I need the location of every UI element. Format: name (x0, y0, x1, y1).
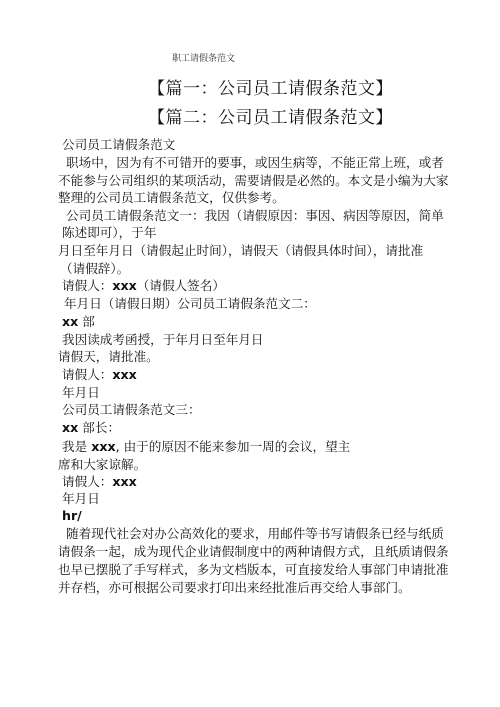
text-line: 我是 xxx, 由于的原因不能来参加一周的会议，望主 (62, 438, 350, 455)
text-line: 请假人：xxx (62, 366, 137, 383)
text-line: 席和大家谅解。 (58, 456, 146, 473)
section-title-2: 【篇二：公司员工请假条范文】 (148, 103, 393, 128)
text-segment: 部 (78, 314, 95, 329)
bold-text: xx (62, 420, 78, 435)
text-line: 并存档，亦可根据公司要求打印出来经批准后再交给人事部门。 (58, 579, 411, 596)
text-segment: （请假辞）。 (60, 261, 129, 276)
text-segment: 部长： (78, 420, 120, 435)
text-line: 月日至年月日（请假起止时间），请假天（请假具体时间），请批准 (58, 242, 423, 259)
text-line: 请假人：xxx（请假人签名） (62, 277, 225, 294)
text-line: 年月日（请假日期）公司员工请假条范文二： (64, 295, 316, 312)
text-segment: 陈述即可），于年 (62, 225, 156, 240)
text-line: 公司员工请假条范文三： (62, 401, 201, 418)
text-segment: 年月日 (62, 385, 100, 400)
text-line: 请假天，请批准。 (58, 348, 159, 365)
text-line: 请假条一起，成为现代企业请假制度中的两种请假方式，且纸质请假条 (58, 543, 448, 560)
text-segment: 请假人： (62, 367, 112, 382)
text-line: 整理的公司员工请假条范文，仅供参考。 (58, 189, 285, 206)
text-line: 也早已摆脱了手写样式，多为文档版本，可直接发给人事部门申请批准 (58, 561, 448, 578)
text-line: 请假人：xxx (62, 473, 137, 490)
text-line: 职场中，因为有不可错开的要事，或因生病等，不能正常上班，或者 (66, 154, 444, 171)
text-segment: 不能参与公司组织的某项活动，需要请假是必然的。本文是小编为大家 (58, 173, 448, 188)
text-line: 不能参与公司组织的某项活动，需要请假是必然的。本文是小编为大家 (58, 172, 448, 189)
text-segment: 公司员工请假条范文 (62, 137, 175, 152)
text-line: 随着现代社会对办公高效化的要求，用邮件等书写请假条已经与纸质 (66, 525, 444, 542)
text-line: 我因读成考函授，于年月日至年月日 (62, 331, 264, 348)
text-segment: 并存档，亦可根据公司要求打印出来经批准后再交给人事部门。 (58, 580, 411, 595)
bold-text: xxx (112, 474, 136, 489)
text-segment: 公司员工请假条范文三： (62, 402, 201, 417)
text-line: xx 部 (62, 313, 95, 330)
bold-text: xxx (112, 367, 136, 382)
text-segment: 月日至年月日（请假起止时间），请假天（请假具体时间），请批准 (58, 243, 423, 258)
text-segment: 请假人： (62, 278, 112, 293)
text-segment: （请假人签名） (137, 278, 225, 293)
text-segment: 职场中，因为有不可错开的要事，或因生病等，不能正常上班，或者 (66, 155, 444, 170)
text-segment: 也早已摆脱了手写样式，多为文档版本，可直接发给人事部门申请批准 (58, 562, 448, 577)
text-segment: 请假天，请批准。 (58, 349, 159, 364)
text-segment: 整理的公司员工请假条范文，仅供参考。 (58, 190, 285, 205)
section-title-1: 【篇一：公司员工请假条范文】 (148, 74, 393, 99)
text-segment: 年月日 (62, 491, 100, 506)
text-segment: 席和大家谅解。 (58, 457, 146, 472)
bold-text: xxx (112, 278, 136, 293)
bold-text: hr/ (62, 508, 82, 523)
text-segment: 请假人： (62, 474, 112, 489)
text-line: 公司员工请假条范文 (62, 136, 175, 153)
text-line: 年月日 (62, 490, 100, 507)
text-line: 公司员工请假条范文一：我因（请假原因：事因、病因等原因，简单 (66, 207, 444, 224)
text-segment: 公司员工请假条范文一：我因（请假原因：事因、病因等原因，简单 (66, 208, 444, 223)
text-line: 陈述即可），于年 (62, 224, 156, 241)
text-line: hr/ (62, 507, 82, 524)
text-line: 年月日 (62, 384, 100, 401)
text-line: xx 部长： (62, 419, 120, 436)
text-line: （请假辞）。 (60, 260, 129, 277)
page-header: 职工请假条范文 (172, 51, 235, 64)
text-segment: 年月日（请假日期）公司员工请假条范文二： (64, 296, 316, 311)
text-segment: 我因读成考函授，于年月日至年月日 (62, 332, 264, 347)
bold-text: xxx (91, 439, 115, 454)
text-segment: 随着现代社会对办公高效化的要求，用邮件等书写请假条已经与纸质 (66, 526, 444, 541)
bold-text: xx (62, 314, 78, 329)
text-segment: 我是 (62, 439, 91, 454)
text-segment: 请假条一起，成为现代企业请假制度中的两种请假方式，且纸质请假条 (58, 544, 448, 559)
text-segment: , 由于的原因不能来参加一周的会议，望主 (116, 439, 351, 454)
